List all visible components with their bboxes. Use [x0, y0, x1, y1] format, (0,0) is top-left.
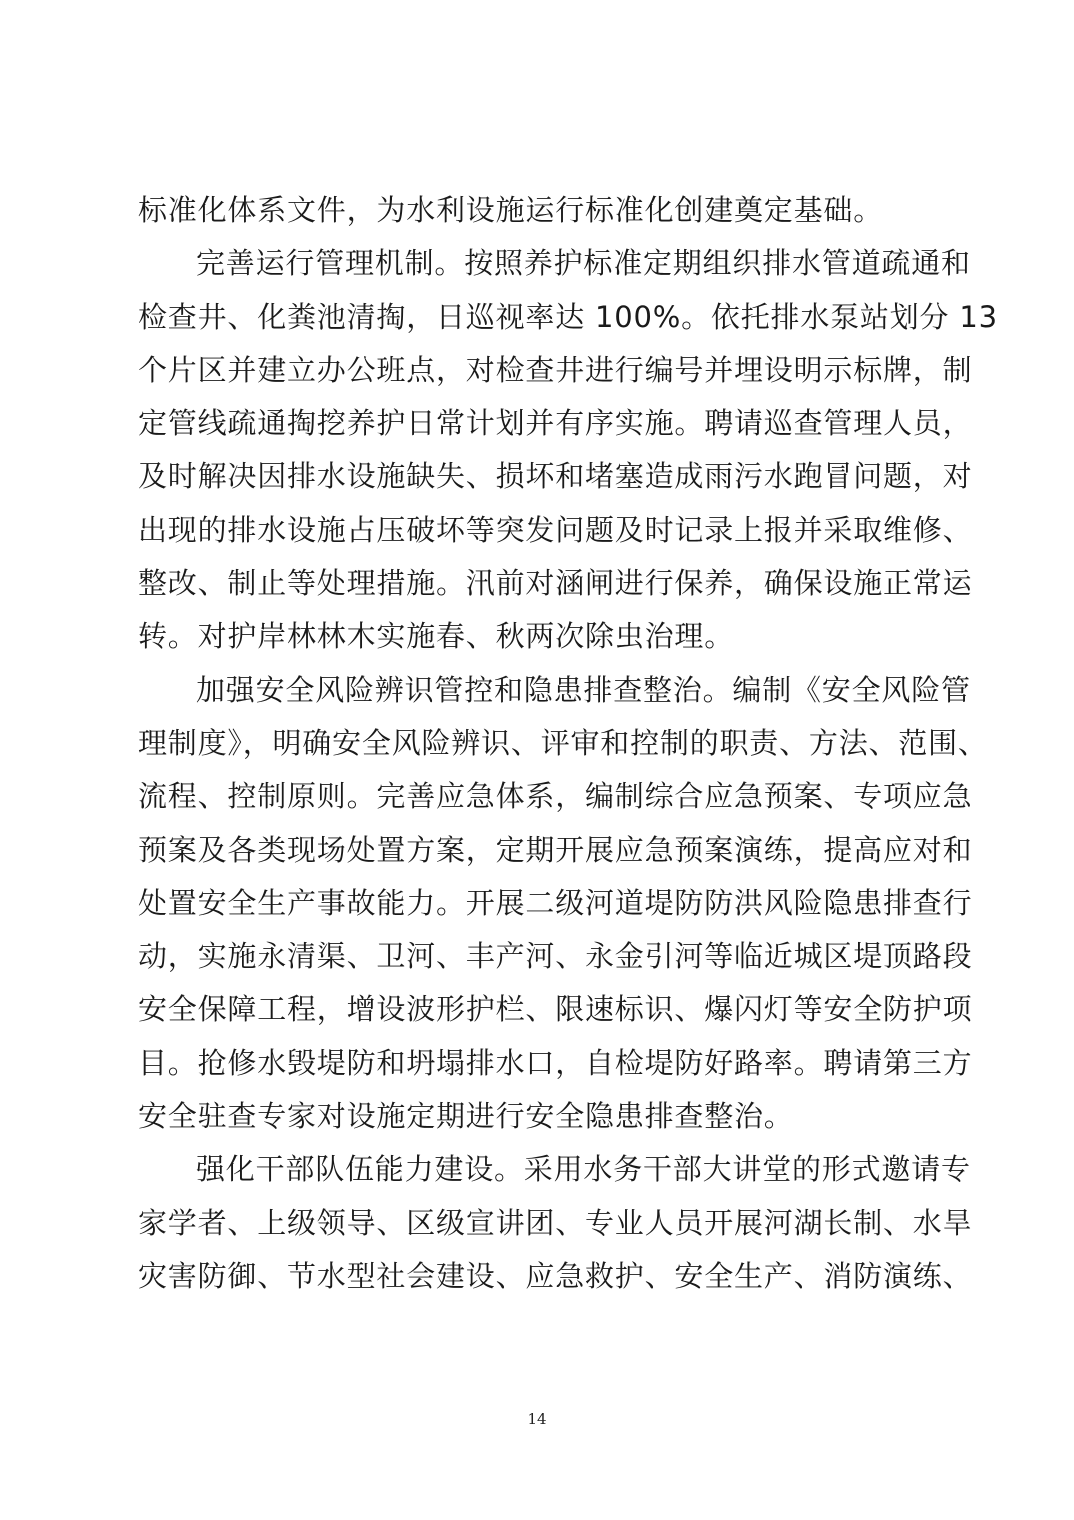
document-body: 标准化体系文件，为水利设施运行标准化创建奠定基础。 完善运行管理机制。按照养护标… — [138, 184, 938, 1303]
text-line: 安全驻查专家对设施定期进行安全隐患排查整治。 — [138, 1090, 938, 1143]
text-line: 理制度》，明确安全风险辨识、评审和控制的职责、方法、范围、 — [138, 717, 938, 770]
text-line: 出现的排水设施占压破坏等突发问题及时记录上报并采取维修、 — [138, 504, 938, 557]
page-number: 14 — [0, 1410, 1074, 1428]
paragraph-start-line: 强化干部队伍能力建设。采用水务干部大讲堂的形式邀请专 — [138, 1143, 938, 1196]
text-line: 家学者、上级领导、区级宣讲团、专业人员开展河湖长制、水旱 — [138, 1197, 938, 1250]
paragraph-start-line: 加强安全风险辨识管控和隐患排查整治。编制《安全风险管 — [138, 664, 938, 717]
text-line: 及时解决因排水设施缺失、损坏和堵塞造成雨污水跑冒问题，对 — [138, 450, 938, 503]
text-line: 灾害防御、节水型社会建设、应急救护、安全生产、消防演练、 — [138, 1250, 938, 1303]
text-line: 目。抢修水毁堤防和坍塌排水口，自检堤防好路率。聘请第三方 — [138, 1037, 938, 1090]
text-line: 安全保障工程，增设波形护栏、限速标识、爆闪灯等安全防护项 — [138, 983, 938, 1036]
text-line: 流程、控制原则。完善应急体系，编制综合应急预案、专项应急 — [138, 770, 938, 823]
text-line: 个片区并建立办公班点，对检查井进行编号并埋设明示标牌，制 — [138, 344, 938, 397]
paragraph-start-line: 完善运行管理机制。按照养护标准定期组织排水管道疏通和 — [138, 237, 938, 290]
text-line: 预案及各类现场处置方案，定期开展应急预案演练，提高应对和 — [138, 824, 938, 877]
text-line: 检查井、化粪池清掏，日巡视率达 100%。依托排水泵站划分 13 — [138, 291, 938, 344]
text-line: 标准化体系文件，为水利设施运行标准化创建奠定基础。 — [138, 184, 938, 237]
text-line: 整改、制止等处理措施。汛前对涵闸进行保养，确保设施正常运 — [138, 557, 938, 610]
text-line: 定管线疏通掏挖养护日常计划并有序实施。聘请巡查管理人员， — [138, 397, 938, 450]
text-line: 转。对护岸林林木实施春、秋两次除虫治理。 — [138, 610, 938, 663]
text-line: 处置安全生产事故能力。开展二级河道堤防防洪风险隐患排查行 — [138, 877, 938, 930]
text-line: 动，实施永清渠、卫河、丰产河、永金引河等临近城区堤顶路段 — [138, 930, 938, 983]
